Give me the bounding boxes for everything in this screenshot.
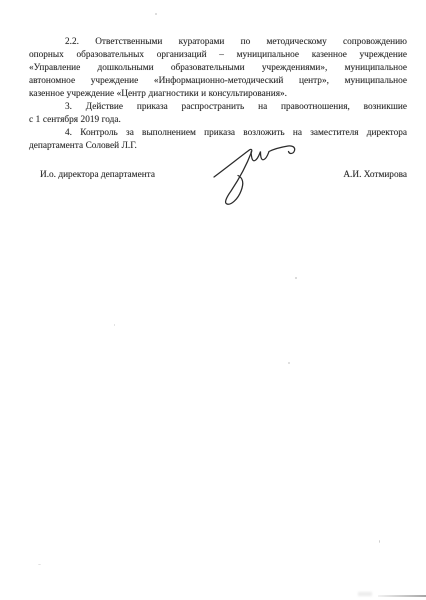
- text-line: автономное учреждение «Информационно-мет…: [29, 75, 407, 88]
- text-line: казенное учреждение «Центр диагностики и…: [29, 88, 407, 101]
- scan-speck: [379, 540, 380, 543]
- signer-title: И.о. директора департамента: [40, 169, 155, 182]
- text-line: 2.2. Ответственными кураторами по методи…: [29, 36, 407, 49]
- text-line: «Управление дошкольными образовательными…: [29, 62, 407, 75]
- scan-artifact-line: [378, 595, 426, 597]
- scan-speck: [114, 324, 115, 326]
- scan-speck: [295, 277, 297, 279]
- text-line: 3. Действие приказа распространить на пр…: [29, 101, 407, 114]
- paragraph: 3. Действие приказа распространить на пр…: [29, 101, 407, 127]
- scan-speck: [155, 13, 157, 15]
- signature-stroke-tail: [251, 146, 295, 161]
- handwritten-signature-icon: [198, 136, 303, 216]
- document-page: 2.2. Ответственными кураторами по методи…: [0, 0, 426, 600]
- scan-speck: [38, 564, 41, 565]
- scan-speck: [288, 362, 290, 364]
- scan-smudge: [358, 592, 372, 596]
- text-line: с 1 сентября 2019 года.: [29, 114, 407, 127]
- signature-stroke-main: [214, 149, 252, 204]
- signer-name: А.И. Хотмирова: [343, 169, 407, 182]
- text-line: опорных образовательных организаций – му…: [29, 49, 407, 62]
- paragraph: 2.2. Ответственными кураторами по методи…: [29, 36, 407, 101]
